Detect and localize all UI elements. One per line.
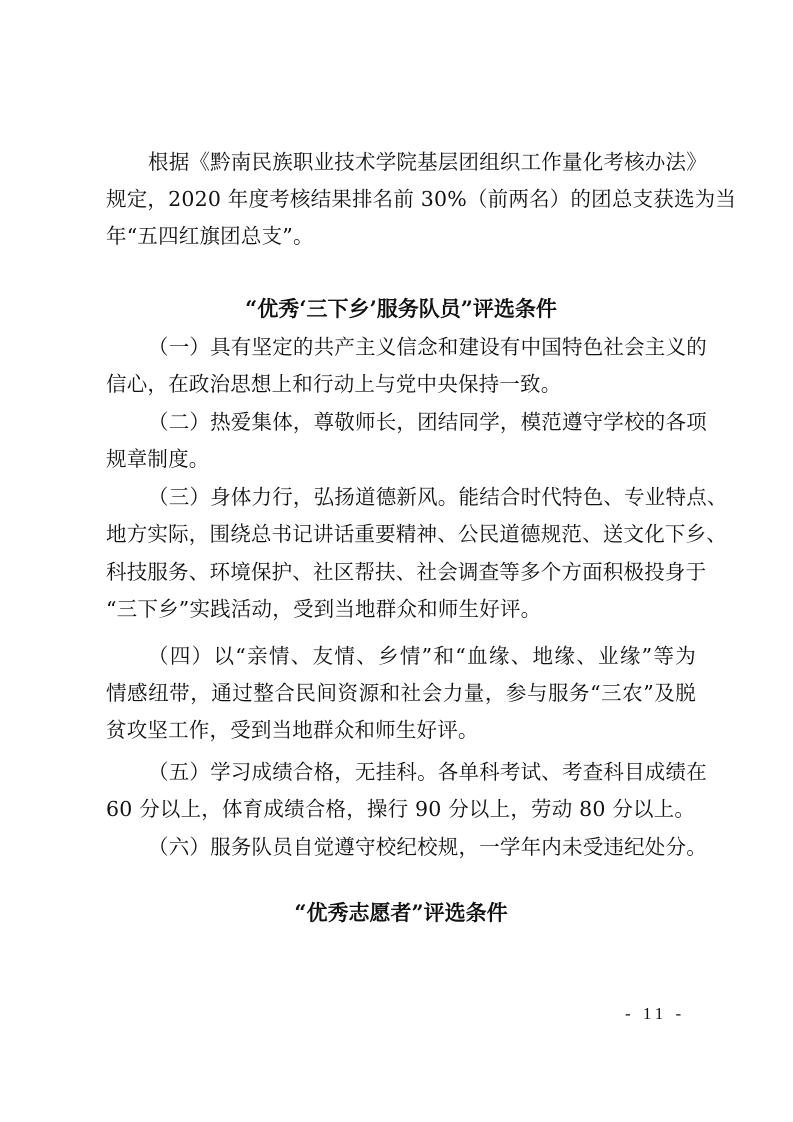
criterion-3-line-4: “三下乡”实践活动，受到当地群众和师生好评。: [106, 597, 696, 621]
criterion-3-line-2: 地方实际，围绕总书记讲话重要精神、公民道德规范、送文化下乡、: [106, 522, 696, 546]
section-heading-sanxiaxiang: “优秀‘三下乡’服务队员”评选条件: [106, 296, 696, 322]
criterion-2-line-1: （二）热爱集体，尊敬师长，团结同学，模范遵守学校的各项: [148, 410, 696, 434]
criterion-5-line-1: （五）学习成绩合格，无挂科。各单科考试、考查科目成绩在: [148, 760, 696, 784]
page-number: - 11 -: [625, 1004, 685, 1024]
criterion-4-line-1: （四）以“亲情、友情、乡情”和“血缘、地缘、业缘”等为: [148, 644, 696, 668]
intro-line-2: 规定，2020 年度考核结果排名前 30%（前两名）的团总支获选为当: [106, 187, 696, 211]
criterion-3-line-1: （三）身体力行，弘扬道德新风。能结合时代特色、专业特点、: [148, 485, 696, 509]
criterion-2-line-2: 规章制度。: [106, 447, 696, 471]
criterion-4-line-3: 贫攻坚工作，受到当地群众和师生好评。: [106, 718, 696, 742]
section-heading-volunteer: “优秀志愿者”评选条件: [106, 900, 696, 926]
criterion-1-line-1: （一）具有坚定的共产主义信念和建设有中国特色社会主义的: [148, 335, 696, 359]
intro-line-3: 年“五四红旗团总支”。: [106, 224, 696, 248]
criterion-5-line-2: 60 分以上，体育成绩合格，操行 90 分以上，劳动 80 分以上。: [106, 797, 696, 821]
criterion-3-line-3: 科技服务、环境保护、社区帮扶、社会调查等多个方面积极投身于: [106, 560, 696, 584]
intro-line-1: 根据《黔南民族职业技术学院基层团组织工作量化考核办法》: [148, 150, 696, 174]
criterion-4-line-2: 情感纽带，通过整合民间资源和社会力量，参与服务“三农”及脱: [106, 681, 696, 705]
criterion-1-line-2: 信心，在政治思想上和行动上与党中央保持一致。: [106, 372, 696, 396]
criterion-6-line-1: （六）服务队员自觉遵守校纪校规，一学年内未受违纪处分。: [148, 835, 696, 859]
document-page: 根据《黔南民族职业技术学院基层团组织工作量化考核办法》 规定，2020 年度考核…: [0, 0, 793, 1122]
